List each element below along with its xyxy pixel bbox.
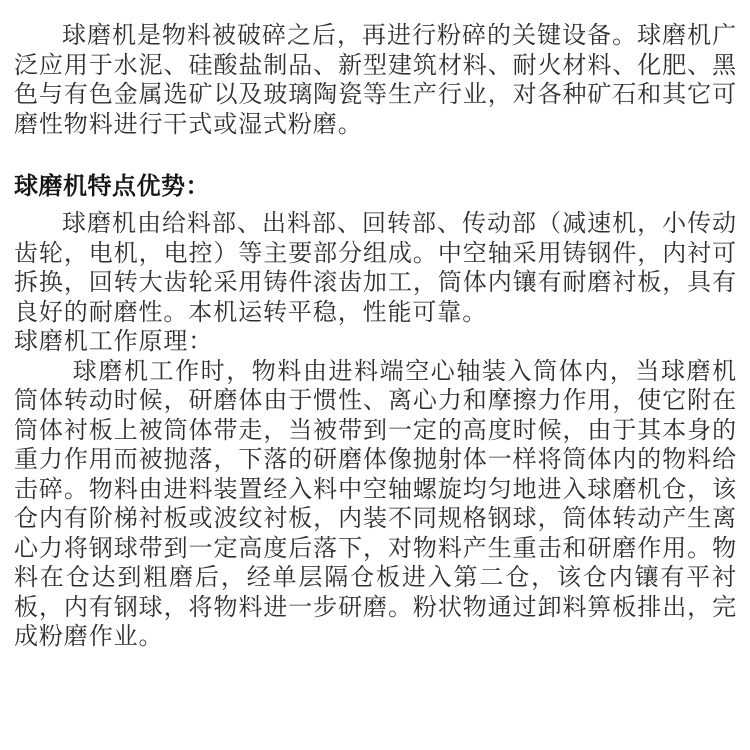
principle-heading: 球磨机工作原理：	[14, 327, 737, 357]
features-heading: 球磨机特点优势：	[14, 171, 737, 201]
intro-paragraph: 球磨机是物料被破碎之后，再进行粉碎的关键设备。球磨机广泛应用于水泥、硅酸盐制品、…	[14, 21, 737, 139]
features-paragraph: 球磨机由给料部、出料部、回转部、传动部（减速机，小传动齿轮，电机，电控）等主要部…	[14, 209, 737, 327]
principle-paragraph: 球磨机工作时，物料由进料端空心轴装入筒体内，当球磨机筒体转动时候，研磨体由于惯性…	[14, 357, 737, 652]
article-page: 球磨机是物料被破碎之后，再进行粉碎的关键设备。球磨机广泛应用于水泥、硅酸盐制品、…	[0, 0, 750, 750]
